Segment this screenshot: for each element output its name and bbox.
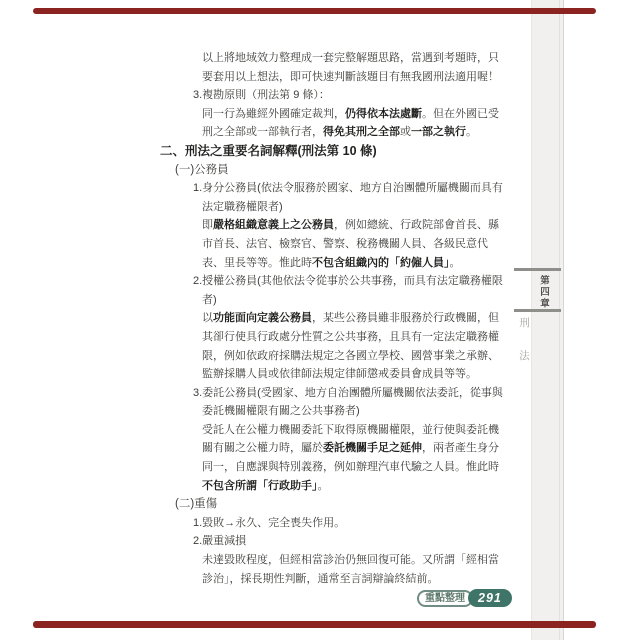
- text-line: 刑之全部或一部執行者，得免其刑之全部或一部之執行。: [202, 123, 531, 142]
- text-line: 委託機關權限有關之公共事務者): [202, 402, 531, 421]
- text-line: 以上將地域效力整理成一套完整解題思路，當遇到考題時，只: [202, 49, 531, 68]
- chapter-sidebar-strip: [531, 0, 564, 640]
- text-line: 1.毀敗→永久、完全喪失作用。: [193, 514, 531, 533]
- text-line: 即嚴格組織意義上之公務員，例如總統、行政院部會首長、縣: [202, 216, 531, 235]
- text-line: 二、刑法之重要名詞解釋(刑法第 10 條): [160, 142, 531, 161]
- text-line: 限，例如依政府採購法規定之各國立學校、國營事業之承辦、: [202, 347, 531, 366]
- text-line: (二)重傷: [175, 495, 531, 514]
- text-line: 要套用以上想法，即可快速判斷該題目有無我國刑法適用喔！: [202, 68, 531, 87]
- text-line: 以功能面向定義公務員，某些公務員雖非服務於行政機關，但: [202, 309, 531, 328]
- text-line: 1.身分公務員(依法令服務於國家、地方自治團體所屬機關而具有: [193, 179, 531, 198]
- text-line: 關有關之公權力時，屬於委託機關手足之延伸，兩者產生身分: [202, 439, 531, 458]
- sidebar-inner-line: [559, 0, 560, 640]
- text-line: 3.委託公務員(受國家、地方自治團體所屬機關依法委託，從事與: [193, 384, 531, 403]
- book-page: 第四章 刑 法 以上將地域效力整理成一套完整解題思路，當遇到考題時，只要套用以上…: [0, 0, 640, 640]
- text-line: 法定職務權限者): [202, 198, 531, 217]
- text-line: 市首長、法官、檢察官、警察、稅務機關人員、各級民意代: [202, 235, 531, 254]
- bottom-red-rule: [33, 621, 596, 628]
- text-line: 同一行為雖經外國確定裁判，仍得依本法處斷。但在外國已受: [202, 105, 531, 124]
- text-line: 2.授權公務員(其他依法令從事於公共事務，而具有法定職務權限: [193, 272, 531, 291]
- text-line: 同一，自應課與特別義務，例如辦理汽車代驗之人員。惟此時: [202, 458, 531, 477]
- chapter-tab-label: 第四章: [536, 275, 550, 310]
- text-line: 不包含所謂「行政助手」。: [202, 477, 531, 496]
- top-red-rule: [33, 8, 596, 14]
- text-line: 其卻行使具行政處分性質之公共事務，且具有一定法定職務權: [202, 328, 531, 347]
- text-line: 3.複勘原則（刑法第 9 條）：: [193, 86, 531, 105]
- text-line: 2.嚴重減損: [193, 532, 531, 551]
- text-line: (一)公務員: [175, 161, 531, 180]
- text-line: 診治」，採長期性判斷，通常至言詞辯論終結前。: [202, 570, 531, 589]
- footer-badge: 重點整理 291: [417, 589, 512, 607]
- text-line: 監辦採購人員或依律師法規定律師懲戒委員會成員等等。: [202, 365, 531, 384]
- text-line: 未達毀敗程度，但經相當診治仍無回復可能。又所謂「經相當: [202, 551, 531, 570]
- page-text-body: 以上將地域效力整理成一套完整解題思路，當遇到考題時，只要套用以上想法，即可快速判…: [0, 49, 531, 588]
- page-number-badge: 291: [468, 589, 512, 607]
- footer-section-tag: 重點整理: [417, 590, 473, 607]
- text-line: 表、里長等等。惟此時不包含組織內的「約僱人員」。: [202, 254, 531, 273]
- text-line: 受託人在公權力機關委託下取得原機關權限，並行使與委託機: [202, 421, 531, 440]
- text-line: 者): [202, 291, 531, 310]
